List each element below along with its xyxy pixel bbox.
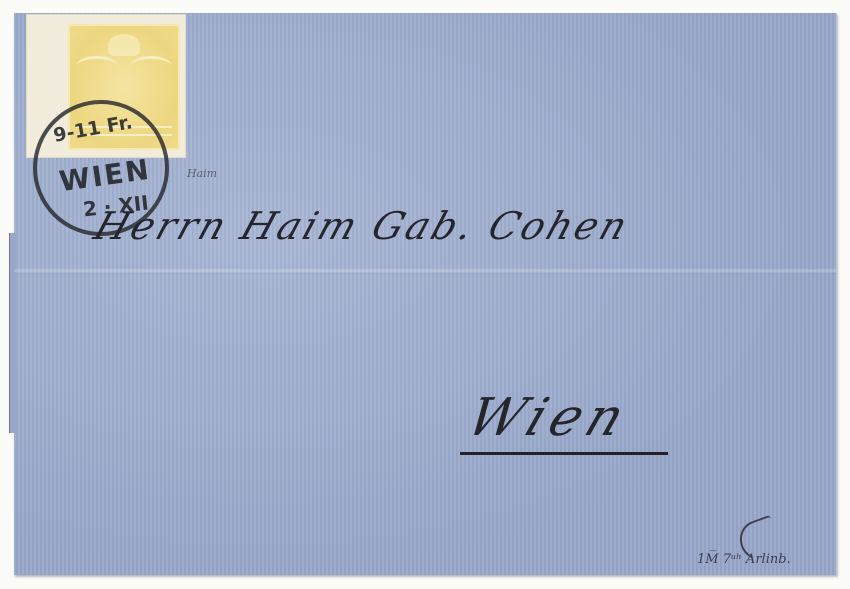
pencil-annotation: Haim xyxy=(187,167,217,180)
addressee-name: Herrn Haim Gab. Cohen xyxy=(89,204,636,248)
eagle-wing-icon xyxy=(130,56,172,77)
destination-city: Wien xyxy=(459,388,638,448)
city-underline xyxy=(460,452,668,455)
postmark-time: 9-11 Fr. xyxy=(52,111,134,147)
pencil-note: 1M̅ 7ᵘʰ Arlinb. xyxy=(697,552,791,567)
paper-fold xyxy=(14,268,836,274)
eagle-wing-icon xyxy=(76,56,118,77)
crown-icon xyxy=(108,34,140,56)
